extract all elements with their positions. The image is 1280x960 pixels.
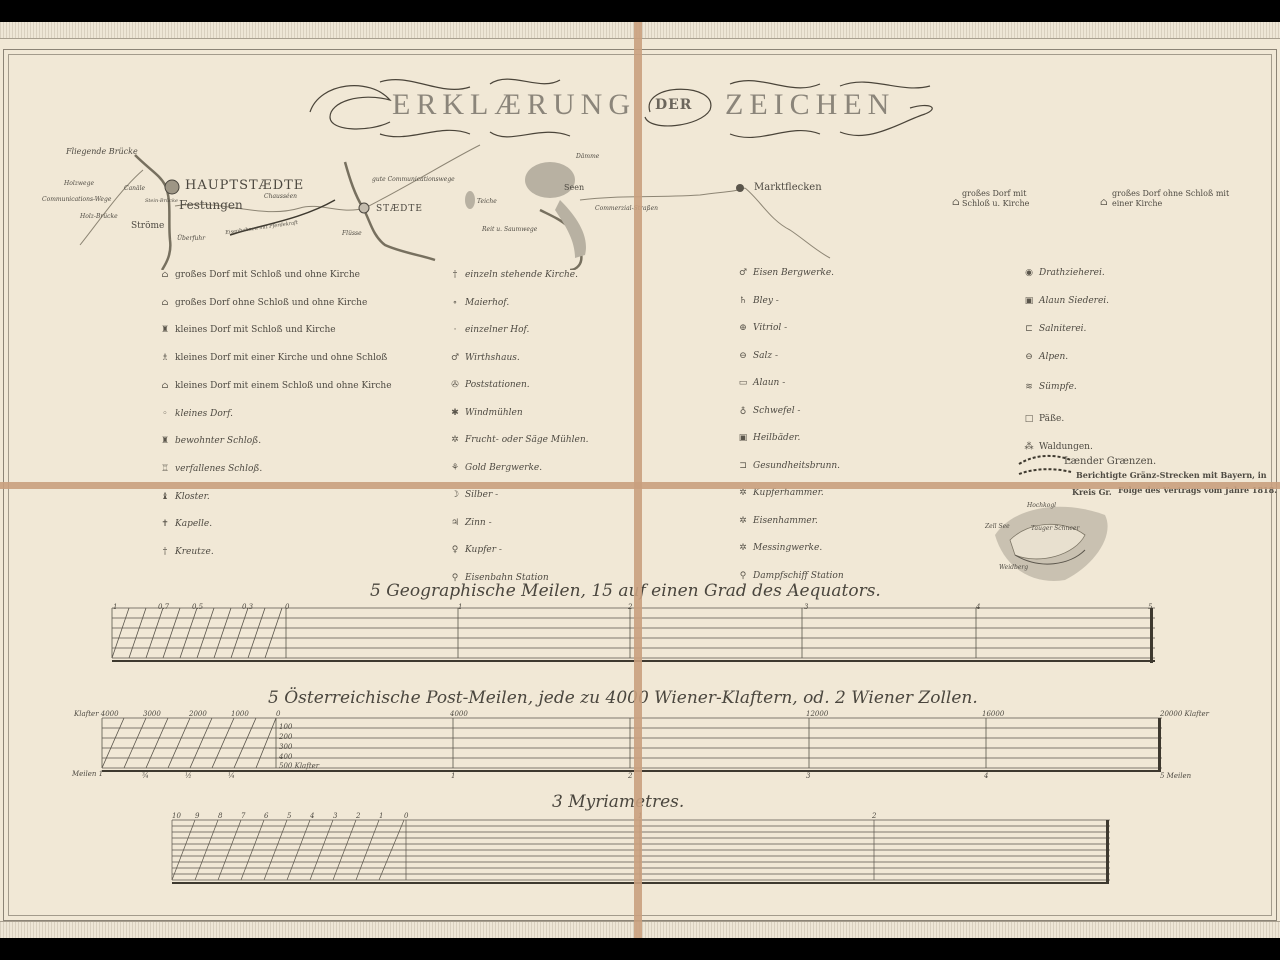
legend-symbol-icon: ✲ xyxy=(738,488,748,498)
label-hochkogl: Hochkogl xyxy=(1027,502,1056,509)
scale-1-tick: 5 xyxy=(1148,603,1152,611)
legend-item-label: Alaun - xyxy=(753,378,785,388)
label-canale: Canäle xyxy=(124,185,145,192)
scale-2-side-tick: 500 Klafter xyxy=(279,762,319,770)
legend-item: ◦kleines Dorf. xyxy=(160,409,233,419)
scale-1-title: 5 Geographische Meilen, 15 auf einen Gra… xyxy=(370,581,881,601)
legend-item: ♖verfallenes Schloß. xyxy=(160,464,262,474)
scale-3-tick: 5 xyxy=(287,812,291,820)
legend-symbol-icon: ♂ xyxy=(738,268,748,278)
legend-item: ♄Bley - xyxy=(738,296,779,306)
legend-item: ⊐Gesundheitsbrunn. xyxy=(738,461,840,471)
legend-item-label: Maierhof. xyxy=(465,298,509,308)
legend-symbol-icon: ✇ xyxy=(450,380,460,390)
legend-item-label: kleines Dorf mit einer Kirche und ohne S… xyxy=(175,353,387,363)
label-communications-wege: Communications-Wege xyxy=(42,196,111,203)
legend-symbol-icon: ◉ xyxy=(1024,268,1034,278)
legend-symbol-icon: ♝ xyxy=(160,492,170,502)
legend-item-label: großes Dorf ohne Schloß und ohne Kirche xyxy=(175,298,367,308)
legend-item-label: Silber - xyxy=(465,490,498,500)
legend-symbol-icon: † xyxy=(450,270,460,280)
scale-2-side-tick: 400 xyxy=(279,753,292,761)
legend-item-label: Kupferhammer. xyxy=(753,488,824,498)
legend-item-label: Kreutze. xyxy=(175,547,214,557)
label-fluesse: Flüsse xyxy=(342,230,362,237)
label-gute-communicationswege: gute Communicationswege xyxy=(372,176,455,183)
legend-symbol-icon: ⁂ xyxy=(1024,442,1034,452)
label-dorf-schloss-kirche: großes Dorf mit Schloß u. Kirche xyxy=(962,189,1052,209)
legend-symbol-icon: ⌂ xyxy=(160,270,170,280)
legend-item-label: Gesundheitsbrunn. xyxy=(753,461,840,471)
scale-bar-myriametres xyxy=(170,818,1120,888)
svg-text:⌂: ⌂ xyxy=(1100,197,1108,208)
scale-2-bottom-tick: ¼ xyxy=(228,772,235,780)
legend-item: ⌂großes Dorf ohne Schloß und ohne Kirche xyxy=(160,298,367,308)
scale-3-tick: 1 xyxy=(379,812,383,820)
scale-3-tick: 10 xyxy=(172,812,181,820)
label-festungen: Festungen xyxy=(179,198,243,212)
legend-symbol-icon: □ xyxy=(1024,414,1034,424)
scale-1-tick: 0.7 xyxy=(158,603,169,611)
label-zell-see: Zell See xyxy=(985,523,1010,530)
legend-item-label: Sümpfe. xyxy=(1039,382,1077,392)
scale-3-title: 3 Myriametres. xyxy=(552,792,684,812)
legend-symbol-icon: ◦ xyxy=(160,409,170,419)
scale-2-bottom-tick: ¾ xyxy=(142,772,149,780)
scale-1-tick: 1 xyxy=(113,603,117,611)
scale-1-tick: 4 xyxy=(976,603,980,611)
legend-item-label: Gold Bergwerke. xyxy=(465,463,542,473)
legend-item-label: Eisen Bergwerke. xyxy=(753,268,834,278)
scale-2-side-tick: 100 xyxy=(279,723,292,731)
legend-symbol-icon: ♜ xyxy=(160,436,170,446)
scale-1-tick: 0.3 xyxy=(242,603,253,611)
legend-symbol-icon: ⚲ xyxy=(738,571,748,581)
legend-item-label: Eisenhammer. xyxy=(753,516,818,526)
scale-3-tick: 7 xyxy=(241,812,245,820)
scale-3-tick: 4 xyxy=(310,812,314,820)
legend-item: ✱Windmühlen xyxy=(450,408,523,418)
label-reit-saumwege: Reit u. Saumwege xyxy=(482,226,537,233)
scale-1-tick: 0.5 xyxy=(192,603,203,611)
legend-item-label: Vitriol - xyxy=(753,323,787,333)
legend-item-label: einzelner Hof. xyxy=(465,325,529,335)
legend-symbol-icon: ♜ xyxy=(160,325,170,335)
scale-3-tick: 0 xyxy=(404,812,408,820)
label-staedte: STÆDTE xyxy=(376,204,423,214)
legend-item-label: Schwefel - xyxy=(753,406,800,416)
legend-symbol-icon: · xyxy=(450,325,460,335)
legend-item: ✲Messingwerke. xyxy=(738,543,822,553)
legend-symbol-icon: ♂ xyxy=(450,353,460,363)
legend-item: ♜bewohnter Schloß. xyxy=(160,436,261,446)
legend-item-label: einzeln stehende Kirche. xyxy=(465,270,578,280)
legend-item: ♂Wirthshaus. xyxy=(450,353,520,363)
legend-item-label: Dampfschiff Station xyxy=(753,571,844,581)
legend-symbol-icon: ♃ xyxy=(450,518,460,528)
legend-item-label: Salz - xyxy=(753,351,778,361)
scale-2-tick: 12000 xyxy=(806,710,828,718)
legend-symbol-icon: ♁ xyxy=(738,406,748,416)
scale-2-tick: Klafter 4000 xyxy=(74,710,119,718)
scale-3-tick: 9 xyxy=(195,812,199,820)
legend-item: ⊖Alpen. xyxy=(1024,352,1068,362)
legend-item: ☽Silber - xyxy=(450,490,498,500)
legend-item-label: Windmühlen xyxy=(465,408,523,418)
label-weidberg: Weidberg xyxy=(999,564,1028,571)
scale-2-side-tick: 200 xyxy=(279,733,292,741)
legend-item: †einzeln stehende Kirche. xyxy=(450,270,578,280)
label-marktflecken: Marktflecken xyxy=(754,182,822,193)
legend-item-label: Waldungen. xyxy=(1039,442,1093,452)
legend-item-label: Bley - xyxy=(753,296,779,306)
legend-item: ♂Eisen Bergwerke. xyxy=(738,268,834,278)
scale-2-tick: 0 xyxy=(276,710,280,718)
legend-symbol-icon: ▭ xyxy=(738,378,748,388)
legend-item-label: kleines Dorf mit Schloß und Kirche xyxy=(175,325,336,335)
label-commerzial-strassen: Commerzial-Straßen xyxy=(595,205,658,212)
legend-symbol-icon: ▣ xyxy=(738,433,748,443)
title-word-der: DER xyxy=(655,97,692,113)
legend-item-label: Drathzieherei. xyxy=(1039,268,1105,278)
scale-3-tick: 6 xyxy=(264,812,268,820)
scale-3-tick: 8 xyxy=(218,812,222,820)
legend-item-label: kleines Dorf mit einem Schloß und ohne K… xyxy=(175,381,392,391)
label-chausseen: Chausséen xyxy=(264,193,297,200)
label-stroeme: Ströme xyxy=(131,221,164,231)
scale-2-bottom-tick: 2 xyxy=(628,772,632,780)
legend-item-label: Messingwerke. xyxy=(753,543,822,553)
legend-symbol-icon: ≋ xyxy=(1024,382,1034,392)
title-word-zeichen: ZEICHEN xyxy=(725,88,895,122)
title-word-erklaerung: ERKLÆRUNG xyxy=(392,88,636,122)
fold-line-horizontal xyxy=(0,482,1280,489)
legend-symbol-icon: ⊖ xyxy=(738,351,748,361)
legend-symbol-icon: ✲ xyxy=(738,543,748,553)
legend-item: ⊕Vitriol - xyxy=(738,323,787,333)
label-laender-grenzen: Lænder Grænzen. xyxy=(1064,456,1156,467)
legend-symbol-icon: ⌂ xyxy=(160,298,170,308)
legend-symbol-icon: ⊕ xyxy=(738,323,748,333)
scale-2-tick: 1000 xyxy=(231,710,249,718)
scale-2-tick: 20000 Klafter xyxy=(1160,710,1209,718)
scale-2-bottom-tick: 5 Meilen xyxy=(1160,772,1191,780)
legend-symbol-icon: ♀ xyxy=(450,545,460,555)
scale-2-tick: 16000 xyxy=(982,710,1004,718)
scale-1-tick: 3 xyxy=(804,603,808,611)
label-seen: Seen xyxy=(564,183,584,192)
legend-symbol-icon: ⌂ xyxy=(160,381,170,391)
label-holzwege: Holzwege xyxy=(64,180,94,187)
scale-2-bottom-tick: 3 xyxy=(806,772,810,780)
legend-symbol-icon: ✲ xyxy=(738,516,748,526)
label-berichtigte-grenze: Berichtigte Gränz-Strecken mit Bayern, i… xyxy=(1076,470,1267,480)
scale-2-side-tick: 300 xyxy=(279,743,292,751)
scale-2-bottom-tick: ½ xyxy=(185,772,192,780)
legend-item: ▭Alaun - xyxy=(738,378,785,388)
legend-item: □Päße. xyxy=(1024,414,1064,424)
legend-item: ♜kleines Dorf mit Schloß und Kirche xyxy=(160,325,336,335)
legend-symbol-icon: ⚘ xyxy=(450,463,460,473)
scale-1-tick: 2 xyxy=(628,603,632,611)
legend-item-label: Poststationen. xyxy=(465,380,530,390)
scale-2-bottom-tick: Meilen 1 xyxy=(72,770,103,778)
legend-item-label: Salniterei. xyxy=(1039,324,1086,334)
legend-title: ERKLÆRUNG DER ZEICHEN xyxy=(300,72,940,142)
legend-item-label: Alpen. xyxy=(1039,352,1068,362)
legend-item-label: Wirthshaus. xyxy=(465,353,520,363)
scale-3-tick: 2 xyxy=(356,812,360,820)
legend-symbol-icon: ♗ xyxy=(160,353,170,363)
legend-item: ∘Maierhof. xyxy=(450,298,509,308)
legend-symbol-icon: ✝ xyxy=(160,519,170,529)
legend-item: ⚘Gold Bergwerke. xyxy=(450,463,542,473)
scale-2-bottom-tick: 1 xyxy=(451,772,455,780)
legend-item: ◉Drathzieherei. xyxy=(1024,268,1105,278)
legend-item: ✲Frucht- oder Säge Mühlen. xyxy=(450,435,589,445)
legend-item: ≋Sümpfe. xyxy=(1024,382,1077,392)
legend-item: †Kreutze. xyxy=(160,547,214,557)
legend-item-label: verfallenes Schloß. xyxy=(175,464,262,474)
legend-item: ♗kleines Dorf mit einer Kirche und ohne … xyxy=(160,353,387,363)
legend-item: ⌂großes Dorf mit Schloß und ohne Kirche xyxy=(160,270,360,280)
label-daemme: Dämme xyxy=(576,153,599,160)
legend-item: ⊖Salz - xyxy=(738,351,778,361)
legend-item: ⁂Waldungen. xyxy=(1024,442,1093,452)
scale-2-bottom-tick: 4 xyxy=(984,772,988,780)
label-fliegende-bruecke: Fliegende Brücke xyxy=(66,147,138,156)
svg-text:⌂: ⌂ xyxy=(952,197,960,208)
legend-item: ♀Kupfer - xyxy=(450,545,502,555)
label-stein-bruecke: Stein-Brücke xyxy=(145,198,178,204)
legend-item: ♁Schwefel - xyxy=(738,406,800,416)
scale-2-tick: 3000 xyxy=(143,710,161,718)
legend-item-label: bewohnter Schloß. xyxy=(175,436,261,446)
legend-item: ♃Zinn - xyxy=(450,518,492,528)
legend-item-label: Kupfer - xyxy=(465,545,502,555)
legend-item: ⚲Dampfschiff Station xyxy=(738,571,844,581)
legend-item-label: Kloster. xyxy=(175,492,210,502)
scale-1-tick: 0 xyxy=(285,603,289,611)
legend-item: ⌂kleines Dorf mit einem Schloß und ohne … xyxy=(160,381,392,391)
legend-symbol-icon: ∘ xyxy=(450,298,460,308)
label-dorf-ohne-schloss: großes Dorf ohne Schloß mit einer Kirche xyxy=(1112,189,1252,209)
scale-2-title: 5 Österreichische Post-Meilen, jede zu 4… xyxy=(268,688,978,708)
scale-3-tick: 3 xyxy=(333,812,337,820)
legend-item: ✝Kapelle. xyxy=(160,519,212,529)
legend-symbol-icon: ⊏ xyxy=(1024,324,1034,334)
legend-symbol-icon: ♄ xyxy=(738,296,748,306)
legend-symbol-icon: ⊖ xyxy=(1024,352,1034,362)
legend-item: ·einzelner Hof. xyxy=(450,325,529,335)
legend-symbol-icon: † xyxy=(160,547,170,557)
scale-3-tick: 2 xyxy=(872,812,876,820)
legend-item-label: großes Dorf mit Schloß und ohne Kirche xyxy=(175,270,360,280)
legend-item: ♝Kloster. xyxy=(160,492,210,502)
legend-symbol-icon: ☽ xyxy=(450,490,460,500)
scale-1-tick: 1 xyxy=(458,603,462,611)
legend-item-label: Zinn - xyxy=(465,518,492,528)
legend-item-label: Frucht- oder Säge Mühlen. xyxy=(465,435,589,445)
label-ueberfuhr: Überfuhr xyxy=(177,235,205,242)
label-teiche: Teiche xyxy=(477,198,497,205)
label-holz-bruecke: Holz-Brücke xyxy=(80,213,118,220)
label-hauptstaedte: HAUPTSTÆDTE xyxy=(185,178,304,193)
legend-item-label: Kapelle. xyxy=(175,519,212,529)
legend-symbol-icon: ♖ xyxy=(160,464,170,474)
legend-symbol-icon: ▣ xyxy=(1024,296,1034,306)
legend-item: ✲Kupferhammer. xyxy=(738,488,824,498)
scale-2-tick: 2000 xyxy=(189,710,207,718)
legend-item: ▣Alaun Siederei. xyxy=(1024,296,1109,306)
legend-item-label: Alaun Siederei. xyxy=(1039,296,1109,306)
legend-item: ✲Eisenhammer. xyxy=(738,516,818,526)
legend-symbol-icon: ✲ xyxy=(450,435,460,445)
legend-item-label: kleines Dorf. xyxy=(175,409,233,419)
legend-item-label: Päße. xyxy=(1039,414,1064,424)
label-tauger-schneer: Tauger Schneer xyxy=(1031,525,1079,532)
legend-item: ▣Heilbäder. xyxy=(738,433,800,443)
legend-item-label: Heilbäder. xyxy=(753,433,800,443)
legend-symbol-icon: ✱ xyxy=(450,408,460,418)
fold-line-vertical xyxy=(634,22,642,938)
scale-2-tick: 4000 xyxy=(450,710,468,718)
legend-item: ✇Poststationen. xyxy=(450,380,530,390)
legend-symbol-icon: ⊐ xyxy=(738,461,748,471)
legend-item: ⊏Salniterei. xyxy=(1024,324,1086,334)
